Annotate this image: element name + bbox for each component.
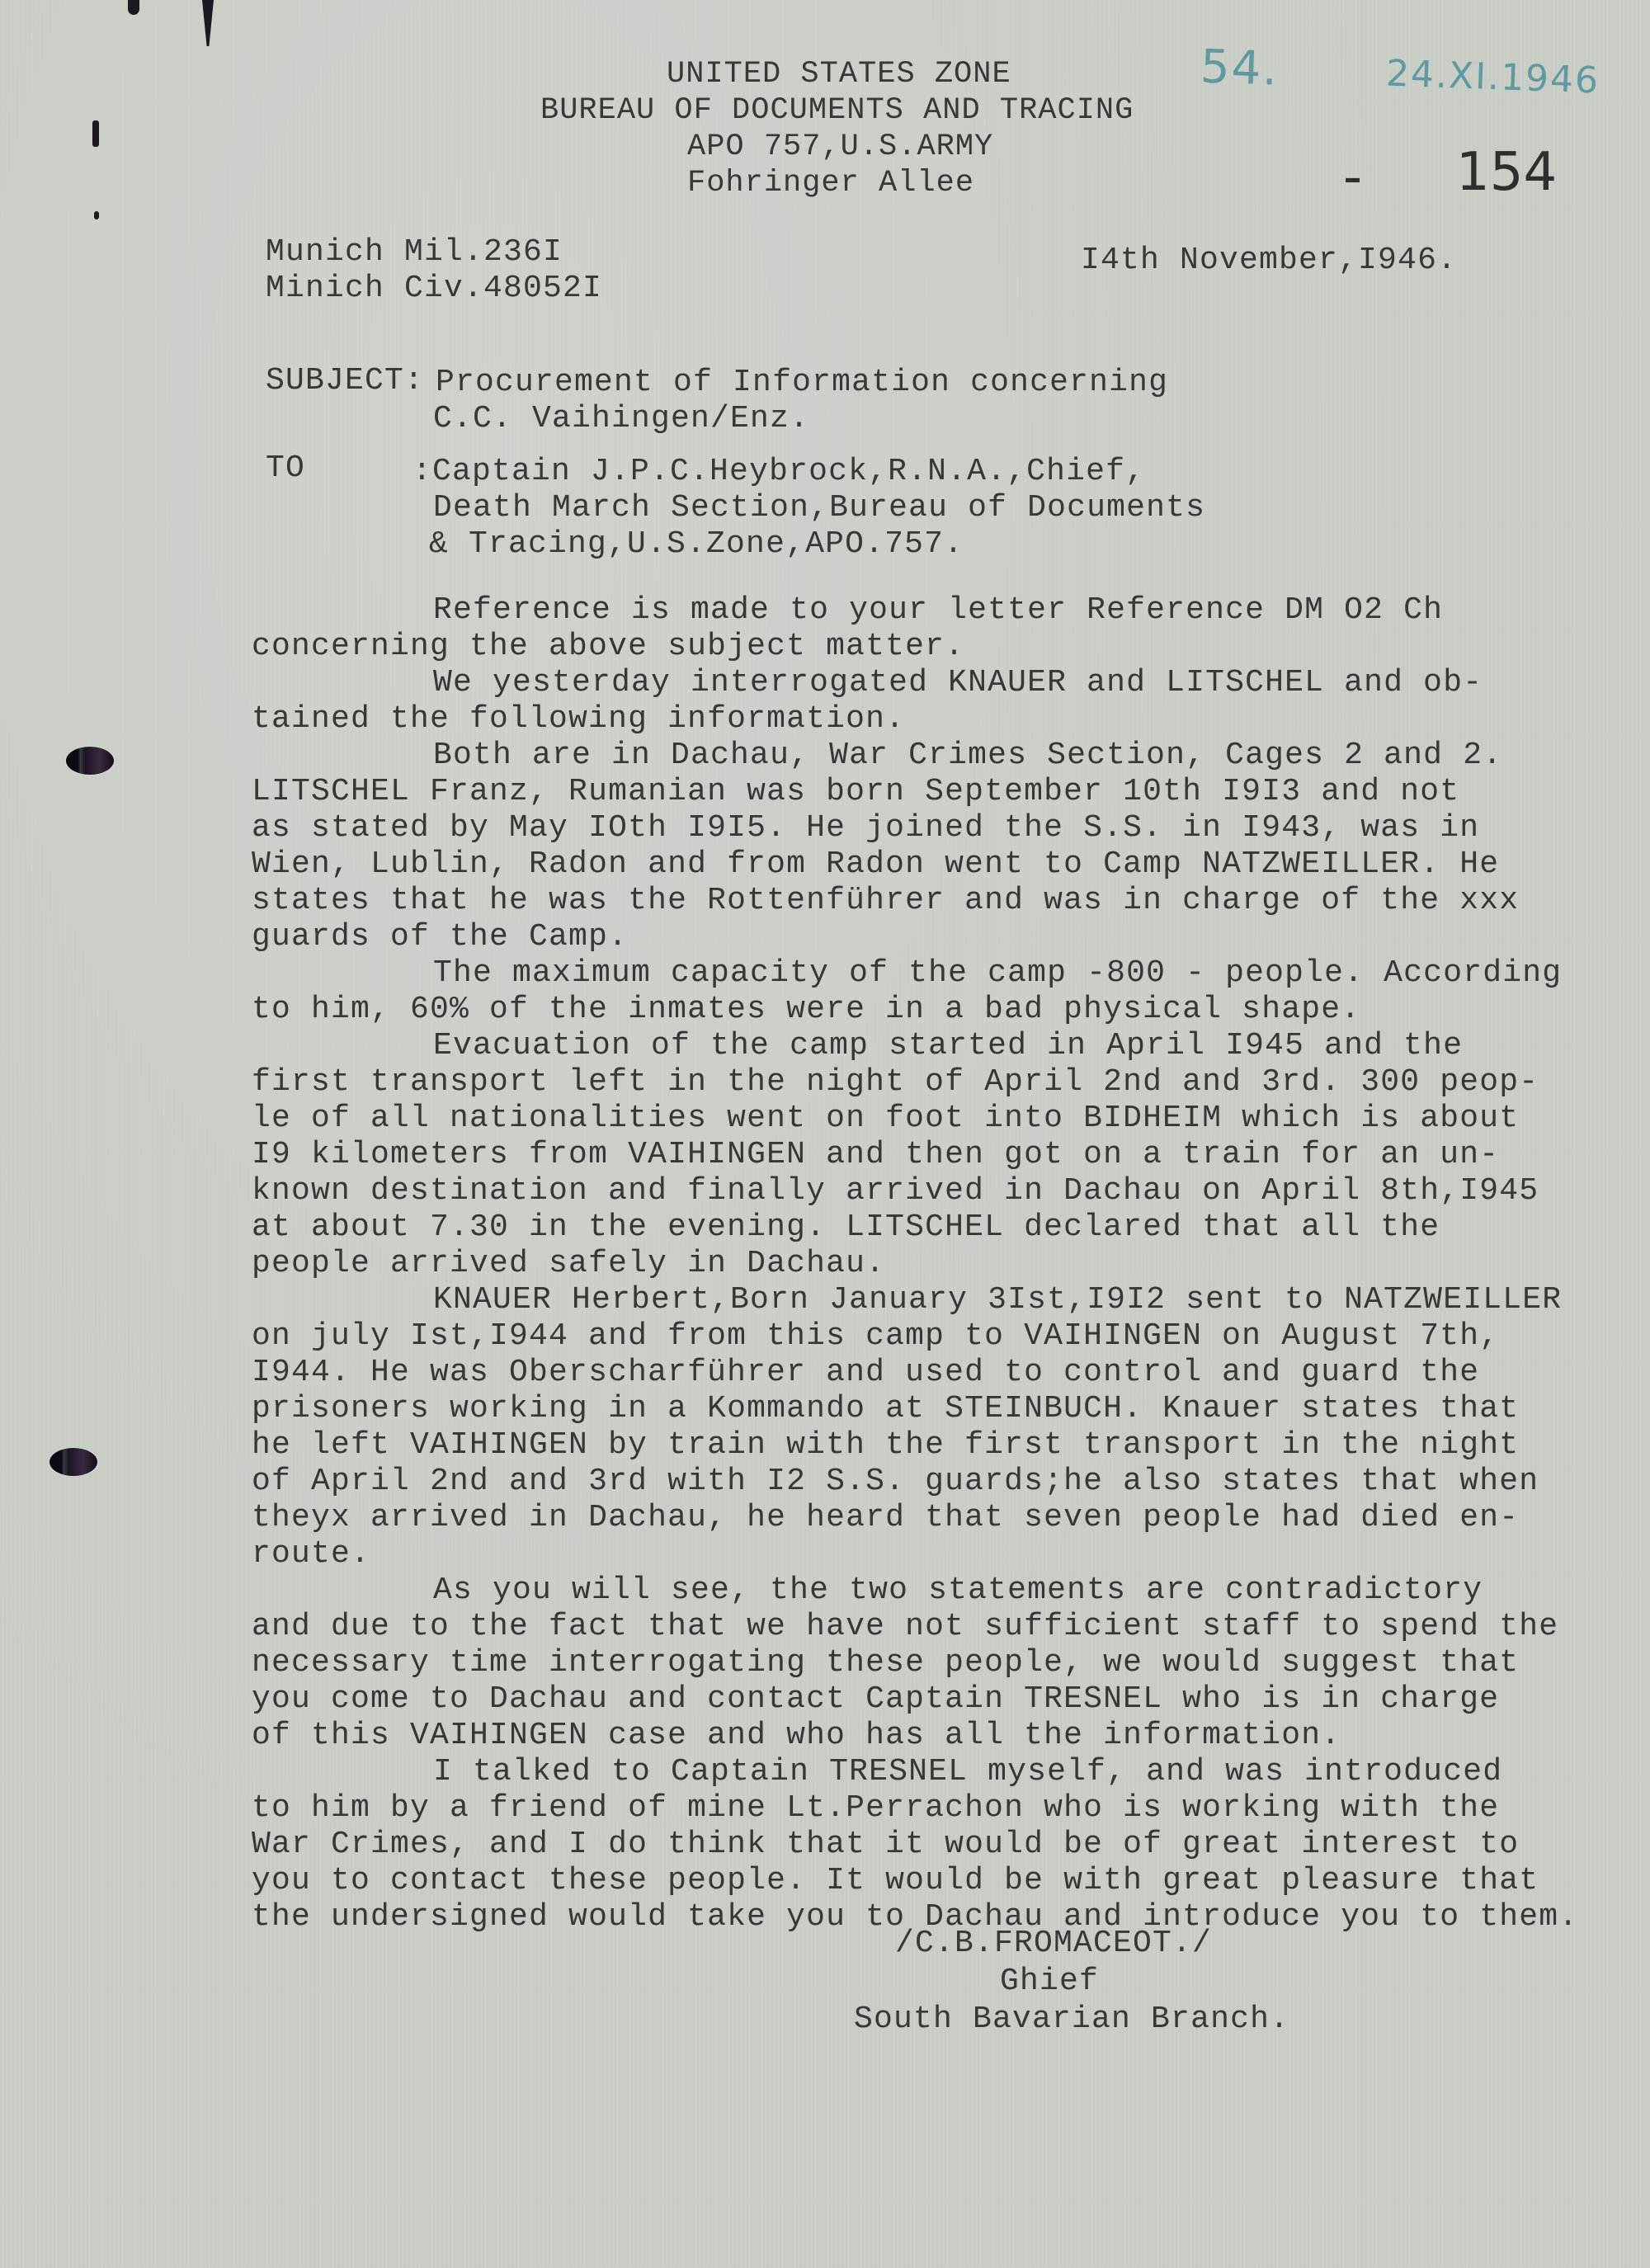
body-line: known destination and finally arrived in… xyxy=(252,1173,1621,1209)
body-line: necessary time interrogating these peopl… xyxy=(252,1645,1621,1681)
letter-body: Reference is made to your letter Referen… xyxy=(252,592,1621,1936)
letter-date: I4th November,I946. xyxy=(1081,243,1457,279)
signature-name: /C.B.FROMACEOT./ xyxy=(895,1926,1212,1962)
body-line: of this VAIHINGEN case and who has all t… xyxy=(252,1718,1621,1754)
body-line: states that he was the Rottenführer and … xyxy=(252,883,1621,919)
stamp-prefix: - xyxy=(1343,147,1362,208)
handwritten-number: 54. xyxy=(1200,40,1280,96)
punch-hole-top xyxy=(66,747,114,775)
military-phone: Munich Mil.236I xyxy=(266,234,563,271)
body-line: first transport left in the night of Apr… xyxy=(252,1064,1621,1101)
signature-title: Ghief xyxy=(1000,1964,1099,2000)
body-line: I talked to Captain TRESNEL myself, and … xyxy=(252,1754,1621,1790)
body-line: people arrived safely in Dachau. xyxy=(252,1246,1621,1282)
body-line: you to contact these people. It would be… xyxy=(252,1863,1621,1899)
letterhead-line-4: Fohringer Allee xyxy=(687,165,974,201)
margin-mark xyxy=(92,120,99,147)
top-edge-mark-1 xyxy=(128,0,139,15)
margin-mark-small xyxy=(94,211,99,219)
top-edge-mark-2 xyxy=(202,0,214,46)
body-line: and due to the fact that we have not suf… xyxy=(252,1609,1621,1645)
body-line: to him, 60% of the inmates were in a bad… xyxy=(252,992,1621,1028)
body-line: on july Ist,I944 and from this camp to V… xyxy=(252,1318,1621,1355)
subject-line-1: Procurement of Information concerning xyxy=(436,365,1168,401)
subject-line-2: C.C. Vaihingen/Enz. xyxy=(433,401,809,437)
page-number-stamp: 154 xyxy=(1456,142,1557,203)
subject-label: SUBJECT: xyxy=(266,363,424,399)
handwritten-date: 24.XI.1946 xyxy=(1385,52,1600,101)
letterhead-line-2: BUREAU OF DOCUMENTS AND TRACING xyxy=(540,92,1134,129)
signature-branch: South Bavarian Branch. xyxy=(854,2002,1289,2038)
body-line: he left VAIHINGEN by train with the firs… xyxy=(252,1427,1621,1464)
body-line: of April 2nd and 3rd with I2 S.S. guards… xyxy=(252,1464,1621,1500)
to-line-1: :Captain J.P.C.Heybrock,R.N.A.,Chief, xyxy=(412,454,1145,490)
body-line: theyx arrived in Dachau, he heard that s… xyxy=(252,1500,1621,1536)
body-line: KNAUER Herbert,Born January 3Ist,I9I2 se… xyxy=(252,1282,1621,1318)
body-line: Evacuation of the camp started in April … xyxy=(252,1028,1621,1064)
body-line: to him by a friend of mine Lt.Perrachon … xyxy=(252,1790,1621,1827)
body-line: tained the following information. xyxy=(252,701,1621,738)
body-line: you come to Dachau and contact Captain T… xyxy=(252,1681,1621,1718)
body-line: Wien, Lublin, Radon and from Radon went … xyxy=(252,846,1621,883)
punch-hole-bottom xyxy=(49,1448,97,1476)
to-line-3: & Tracing,U.S.Zone,APO.757. xyxy=(429,526,964,563)
body-line: Both are in Dachau, War Crimes Section, … xyxy=(252,738,1621,774)
letterhead-line-1: UNITED STATES ZONE xyxy=(667,56,1011,92)
civilian-phone: Minich Civ.48052I xyxy=(266,271,602,307)
body-line: concerning the above subject matter. xyxy=(252,629,1621,665)
body-line: prisoners working in a Kommando at STEIN… xyxy=(252,1391,1621,1427)
to-line-2: Death March Section,Bureau of Documents xyxy=(433,490,1205,526)
body-line: route. xyxy=(252,1536,1621,1573)
body-line: as stated by May IOth I9I5. He joined th… xyxy=(252,810,1621,846)
body-line: The maximum capacity of the camp -800 - … xyxy=(252,955,1621,992)
body-line: As you will see, the two statements are … xyxy=(252,1573,1621,1609)
to-label: TO xyxy=(266,450,305,487)
body-line: I9 kilometers from VAIHINGEN and then go… xyxy=(252,1137,1621,1173)
body-line: guards of the Camp. xyxy=(252,919,1621,955)
body-line: War Crimes, and I do think that it would… xyxy=(252,1827,1621,1863)
body-line: Reference is made to your letter Referen… xyxy=(252,592,1621,629)
body-line: I944. He was Oberscharführer and used to… xyxy=(252,1355,1621,1391)
document-page: UNITED STATES ZONE BUREAU OF DOCUMENTS A… xyxy=(0,0,1650,2268)
body-line: at about 7.30 in the evening. LITSCHEL d… xyxy=(252,1209,1621,1246)
body-line: LITSCHEL Franz, Rumanian was born Septem… xyxy=(252,774,1621,810)
body-line: le of all nationalities went on foot int… xyxy=(252,1101,1621,1137)
letterhead-line-3: APO 757,U.S.ARMY xyxy=(687,129,993,165)
body-line: We yesterday interrogated KNAUER and LIT… xyxy=(252,665,1621,701)
